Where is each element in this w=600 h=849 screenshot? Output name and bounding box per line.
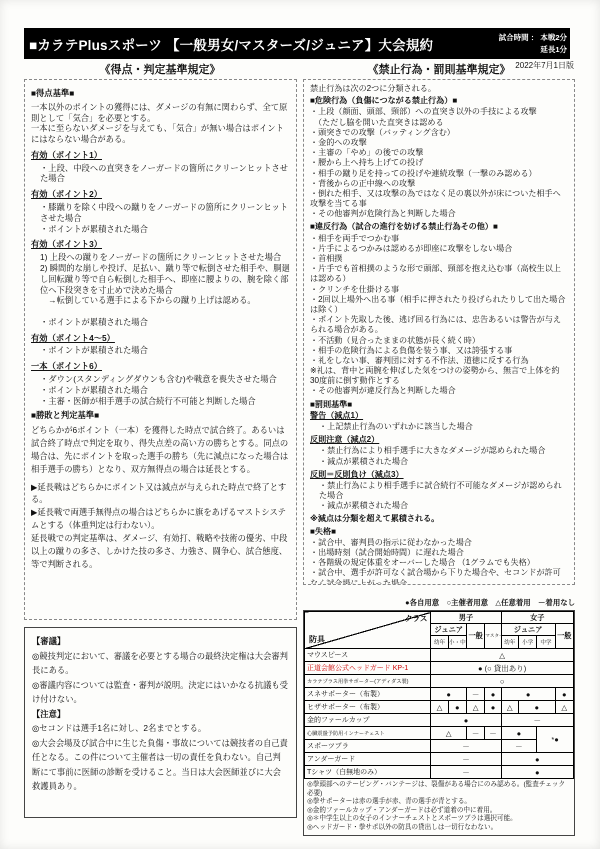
gear-table: クラス 防具 男子 女子 ジュニア 一般 マスターズ ジュニア 一般 幼年 小・… bbox=[304, 611, 574, 779]
notice-heading: 【注意】 bbox=[32, 709, 65, 719]
ippon-items: ・ダウン(スタンディングダウンも含む)や戦意を喪失させた場合 ・ポイントが累積さ… bbox=[40, 374, 290, 406]
gear-footnotes: ◎拳頭部へのテーピング・バンテージは、裂傷がある場合にのみ認める。(監査チェック… bbox=[304, 779, 574, 835]
point45-items: ・ポイントが累積された場合 bbox=[40, 345, 290, 356]
cup-female: － bbox=[501, 714, 573, 727]
header-male-general: 一般 bbox=[466, 624, 484, 649]
row-label-headguard: 正道会館公式ヘッドガード KP-1 bbox=[305, 662, 431, 675]
prohibition-intro: 禁止行為は次の2つに分類される。 bbox=[310, 84, 568, 94]
table-corner-cell: クラス 防具 bbox=[305, 612, 431, 649]
score-basis-body: 一本以外のポイントの獲得には、ダメージの有無に関わらず、全て原則として「気合」を… bbox=[31, 102, 290, 145]
header-male-masters: マスターズ bbox=[485, 624, 501, 649]
point1-heading: 有効（ポイント1） bbox=[31, 150, 290, 161]
table-row: カラテプラス用拳サポーター(アディダス製) ○ bbox=[305, 675, 574, 688]
chest-male-general: － bbox=[466, 727, 484, 740]
bra-female-young-elem: － bbox=[501, 740, 537, 753]
point3-items: 1) 上段への蹴りをノーガードの箇所にクリーンヒットさせた場合 2) 瞬間的な崩… bbox=[40, 252, 290, 327]
point2-heading: 有効（ポイント2） bbox=[31, 189, 290, 200]
cup-male: ● bbox=[431, 714, 501, 727]
table-row: 正道会館公式ヘッドガード KP-1 ● (○ 貸出あり) bbox=[305, 662, 574, 675]
victory-heading: ■勝敗と判定基準■ bbox=[31, 410, 290, 421]
danger-items: ・上段（顔面、頭部、頸部）への直突き以外の手技による攻撃 （ただし脇を開いた直突… bbox=[310, 107, 568, 219]
corner-gear-label: 防具 bbox=[309, 634, 325, 645]
table-row: ヒザサポーター（布製） △ ● △ ● △ ● △ bbox=[305, 701, 574, 714]
bra-male: － bbox=[431, 740, 501, 753]
row-label-underguard: アンダーガード bbox=[305, 753, 431, 766]
table-row: マウスピース △ bbox=[305, 649, 574, 662]
score-basis-heading: ■得点基準■ bbox=[31, 88, 290, 99]
tshirt-male: － bbox=[431, 766, 501, 779]
underguard-female: ● bbox=[501, 753, 573, 766]
underguard-male: － bbox=[431, 753, 501, 766]
table-row: 金的ファールカップ ● － bbox=[305, 714, 574, 727]
match-time-extension: 延長1分 bbox=[499, 44, 567, 55]
violation-items: ・相手を両手でつかむ事 ・片手によるつかみは認めるが即座に攻撃をしない場合 ・首… bbox=[310, 234, 568, 397]
extension-body: ▶延長戦はどちらかにポイント又は減点が与えられた時点で終了とする。 ▶延長戦で両… bbox=[31, 481, 290, 571]
violation-heading: ■違反行為（試合の進行を妨げる禁止行為その他）■ bbox=[310, 222, 568, 232]
header-female-middle: 中学 bbox=[537, 636, 555, 649]
victory-body: どちらかが6ポイント（一本）を獲得した時点で試合終了。あるいは試合終了時点で判定… bbox=[31, 424, 290, 475]
foul-items: ・禁止行為により相手選手に試合続行不可能なダメージが認められた場合 ・減点が累積… bbox=[319, 481, 568, 512]
shin-male-junior: ● bbox=[431, 688, 467, 701]
knee-female-young: △ bbox=[501, 701, 518, 714]
document-title: ■カラテPlusスポーツ 【一般男女/マスターズ/ジュニア】大会規約 bbox=[24, 34, 499, 54]
council-body: ◎競技判定において、審議を必要とする場合の最終決定権は大会審判長にある。 ◎審議… bbox=[32, 649, 289, 707]
title-bar: ■カラテPlusスポーツ 【一般男女/マスターズ/ジュニア】大会規約 試合時間 … bbox=[24, 28, 570, 59]
chest-bra-female-mid-general: *● bbox=[537, 727, 574, 753]
right-column-title: 《禁止行為・罰則基準規定》 bbox=[303, 61, 575, 77]
danger-heading: ■危険行為（負傷につながる禁止行為）■ bbox=[310, 96, 568, 106]
shin-male-general: － bbox=[466, 688, 484, 701]
tshirt-female: ● bbox=[501, 766, 573, 779]
shin-female-general: ● bbox=[555, 688, 573, 701]
prohibited-acts-box: 禁止行為は次の2つに分類される。 ■危険行為（負傷につながる禁止行為）■ ・上段… bbox=[303, 79, 575, 585]
document-page: ■カラテPlusスポーツ 【一般男女/マスターズ/ジュニア】大会規約 試合時間 … bbox=[0, 0, 600, 849]
row-label-mouthpiece: マウスピース bbox=[305, 649, 431, 662]
shin-female-junior: ● bbox=[501, 688, 555, 701]
header-female: 女子 bbox=[501, 612, 573, 624]
knee-female-general: △ bbox=[555, 701, 573, 714]
table-row: アンダーガード － ● bbox=[305, 753, 574, 766]
row-label-bra: スポーツブラ bbox=[305, 740, 431, 753]
chest-male-masters: － bbox=[485, 727, 501, 740]
caution-items: ・禁止行為により相手選手に大きなダメージが認められた場合 ・減点が累積された場合 bbox=[319, 446, 568, 466]
knee-male-masters: ● bbox=[485, 701, 501, 714]
match-time-main: 試合時間 ： 本戦2分 bbox=[499, 32, 567, 43]
header-female-young: 幼年 bbox=[501, 636, 518, 649]
header-female-junior: ジュニア bbox=[501, 624, 555, 636]
point1-items: ・上段、中段への直突きをノーガードの箇所にクリーンヒットさせた場合 bbox=[40, 163, 290, 185]
row-label-knee: ヒザサポーター（布製） bbox=[305, 701, 431, 714]
knee-male-general: △ bbox=[466, 701, 484, 714]
notice-body: ◎セコンドは選手1名に対し、2名までとする。 ◎大会会場及び試合中に生じた負傷・… bbox=[32, 721, 289, 794]
scoring-rules-box: ■得点基準■ 一本以外のポイントの獲得には、ダメージの有無に関わらず、全て原則と… bbox=[24, 79, 297, 620]
row-label-cup: 金的ファールカップ bbox=[305, 714, 431, 727]
header-male-junior: ジュニア bbox=[431, 624, 467, 636]
header-female-elem: 小学 bbox=[518, 636, 536, 649]
foul-heading: 反則＝反則負け（減点3） bbox=[310, 470, 568, 480]
row-label-tshirt: Tシャツ（白無地のみ） bbox=[305, 766, 431, 779]
ippon-heading: 一本（ポイント6） bbox=[31, 361, 290, 372]
shin-male-masters: ● bbox=[485, 688, 501, 701]
knee-male-young: △ bbox=[431, 701, 448, 714]
warning-items: ・上記禁止行為のいずれかに該当した場合 bbox=[319, 422, 568, 432]
header-male-elem: 小・中 bbox=[448, 636, 466, 649]
knee-male-elem: ● bbox=[448, 701, 466, 714]
chest-male-junior: △ bbox=[431, 727, 467, 740]
table-row: スネサポーター（布製） ● － ● ● ● bbox=[305, 688, 574, 701]
row-label-shin: スネサポーター（布製） bbox=[305, 688, 431, 701]
warning-heading: 警告（減点1） bbox=[310, 411, 568, 421]
gear-legend: ●各自用意 ○主催者用意 △任意着用 －着用なし bbox=[303, 597, 575, 608]
match-time-info: 試合時間 ： 本戦2分 延長1分 bbox=[499, 32, 570, 55]
headguard-all: ● (○ 貸出あり) bbox=[431, 662, 574, 675]
council-heading: 【審議】 bbox=[32, 636, 65, 646]
caution-heading: 反則注意（減点2） bbox=[310, 435, 568, 445]
table-row: 心臓震盪予防用インナーチェスト △ － － ● *● bbox=[305, 727, 574, 740]
row-label-fistguard: カラテプラス用拳サポーター(アディダス製) bbox=[305, 675, 431, 688]
knee-female-elem-mid: ● bbox=[518, 701, 555, 714]
accumulate-note: ※減点は分類を超えて累積される。 bbox=[310, 514, 568, 524]
header-male: 男子 bbox=[431, 612, 501, 624]
left-column-title: 《得点・判定基準規定》 bbox=[24, 61, 296, 77]
fistguard-all: ○ bbox=[431, 675, 574, 688]
row-label-chest: 心臓震盪予防用インナーチェスト bbox=[305, 727, 431, 740]
penalty-heading: ■罰則基準■ bbox=[310, 400, 568, 410]
council-notice-box: 【審議】 ◎競技判定において、審議を必要とする場合の最終決定権は大会審判長にある… bbox=[24, 627, 297, 818]
point45-heading: 有効（ポイント4～5） bbox=[31, 333, 290, 344]
header-male-young: 幼年 bbox=[431, 636, 448, 649]
corner-class-label: クラス bbox=[405, 613, 427, 624]
table-row: スポーツブラ － － bbox=[305, 740, 574, 753]
disqualification-items: ・試合中、審判員の指示に従わなかった場合 ・出場時刻（試合開始時間）に遅れた場合… bbox=[310, 538, 568, 585]
mouthpiece-all: △ bbox=[431, 649, 574, 662]
chest-female-young-elem: ● bbox=[501, 727, 537, 740]
point3-heading: 有効（ポイント3） bbox=[31, 239, 290, 250]
point2-items: ・膝蹴りを除く中段への蹴りをノーガードの箇所にクリーンヒットさせた場合 ・ポイン… bbox=[40, 202, 290, 234]
table-row: Tシャツ（白無地のみ） － ● bbox=[305, 766, 574, 779]
header-female-general: 一般 bbox=[555, 624, 573, 649]
gear-table-box: クラス 防具 男子 女子 ジュニア 一般 マスターズ ジュニア 一般 幼年 小・… bbox=[303, 610, 575, 836]
disqualification-heading: ■失格■ bbox=[310, 527, 568, 537]
